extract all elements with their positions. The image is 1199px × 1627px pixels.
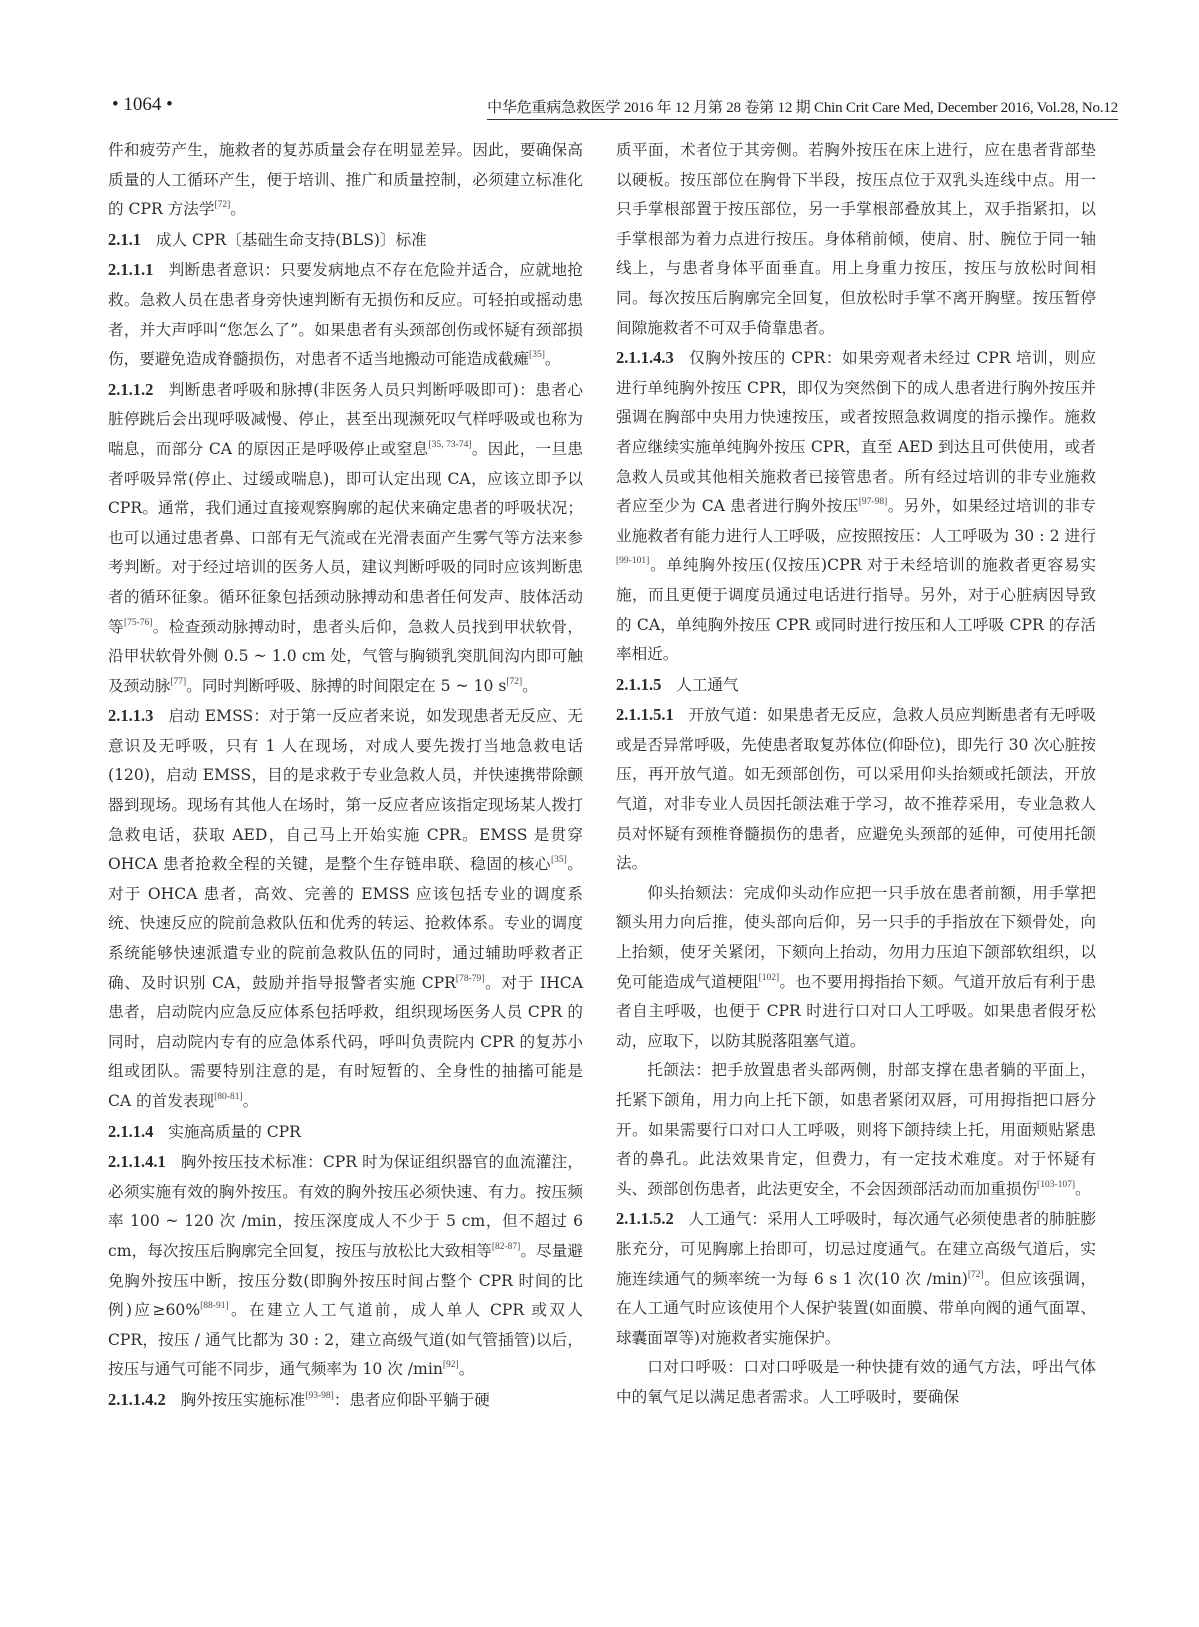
paragraph: 2.1.1.3启动 EMSS：对于第一反应者来说，如发现患者无反应、无意识及无呼… [108, 701, 583, 1116]
section-heading: 2.1.1.4实施高质量的 CPR [108, 1117, 583, 1148]
paragraph: 2.1.1.4.2胸外按压实施标准[93-98]：患者应仰卧平躺于硬 [108, 1385, 583, 1416]
page-header: • 1064 • 中华危重病急救医学 2016 年 12 月第 28 卷第 12… [82, 94, 1118, 122]
right-column: 质平面，术者位于其旁侧。若胸外按压在床上进行，应在患者背部垫以硬板。按压部位在胸… [616, 136, 1096, 1413]
body-text: 胸外按压实施标准 [181, 1391, 306, 1409]
body-text: 判断患者意识：只要发病地点不存在危险并适合，应就地抢救。急救人员在患者身旁快速判… [108, 261, 583, 368]
citation-ref: [77] [170, 677, 186, 687]
body-text: 。 [1075, 1180, 1091, 1198]
section-number: 2.1.1.5.1 [616, 705, 674, 724]
body-text: 。 [243, 1092, 259, 1110]
paragraph: 仰头抬颏法：完成仰头动作应把一只手放在患者前额，用手掌把额头用力向后推，使头部向… [616, 879, 1096, 1057]
section-number: 2.1.1.4.1 [108, 1152, 166, 1171]
section-heading: 2.1.1成人 CPR〔基础生命支持(BLS)〕标准 [108, 225, 583, 256]
body-text: 。 [545, 350, 561, 368]
paragraph: 2.1.1.4.3仅胸外按压的 CPR：如果旁观者未经过 CPR 培训，则应进行… [616, 343, 1096, 670]
citation-ref: [97-98] [859, 497, 888, 507]
citation-ref: [72] [968, 1270, 984, 1280]
citation-ref: [82-87] [492, 1242, 521, 1252]
paragraph: 质平面，术者位于其旁侧。若胸外按压在床上进行，应在患者背部垫以硬板。按压部位在胸… [616, 136, 1096, 343]
body-text: 。对于 OHCA 患者，高效、完善的 EMSS 应该包括专业的调度系统、快速反应… [108, 855, 583, 991]
running-head: 中华危重病急救医学 2016 年 12 月第 28 卷第 12 期 Chin C… [487, 96, 1118, 120]
citation-ref: [92] [443, 1360, 459, 1370]
section-number: 2.1.1.5 [616, 675, 661, 694]
section-number: 2.1.1.3 [108, 706, 153, 725]
section-number: 2.1.1 [108, 230, 141, 249]
citation-ref: [88-91] [200, 1301, 229, 1311]
page-number: • 1064 • [112, 94, 173, 116]
body-text: 。同时判断呼吸、脉搏的时间限定在 5 ~ 10 s [186, 677, 506, 695]
section-number: 2.1.1.1 [108, 260, 153, 279]
citation-ref: [35, 73-74] [428, 440, 471, 450]
body-text: ：患者应仰卧平躺于硬 [334, 1391, 490, 1409]
body-text: 仅胸外按压的 CPR：如果旁观者未经过 CPR 培训，则应进行单纯胸外按压 CP… [616, 349, 1096, 515]
section-title: 成人 CPR〔基础生命支持(BLS)〕标准 [156, 231, 427, 249]
paragraph: 2.1.1.1判断患者意识：只要发病地点不存在危险并适合，应就地抢救。急救人员在… [108, 255, 583, 374]
paragraph: 2.1.1.2判断患者呼吸和脉搏(非医务人员只判断呼吸即可)：患者心脏停跳后会出… [108, 375, 583, 702]
citation-ref: [78-79] [456, 974, 485, 984]
body-text: 件和疲劳产生，施救者的复苏质量会存在明显差异。因此，要确保高质量的人工循环产生，… [108, 141, 583, 218]
section-title: 实施高质量的 CPR [168, 1123, 301, 1141]
citation-ref: [75-76] [124, 618, 153, 628]
citation-ref: [99-101] [616, 556, 649, 566]
body-text: 质平面，术者位于其旁侧。若胸外按压在床上进行，应在患者背部垫以硬板。按压部位在胸… [616, 141, 1096, 337]
paragraph: 口对口呼吸：口对口呼吸是一种快捷有效的通气方法，呼出气体中的氧气足以满足患者需求… [616, 1353, 1096, 1412]
body-text: 托颌法：把手放置患者头部两侧，肘部支撑在患者躺的平面上，托紧下颌角，用力向上托下… [616, 1061, 1096, 1197]
body-text: 。 [522, 677, 538, 695]
paragraph: 2.1.1.5.1开放气道：如果患者无反应，急救人员应判断患者有无呼吸或是否异常… [616, 700, 1096, 879]
section-number: 2.1.1.5.2 [616, 1209, 674, 1228]
citation-ref: [80-81] [214, 1092, 243, 1102]
section-number: 2.1.1.4.2 [108, 1390, 166, 1409]
paragraph: 托颌法：把手放置患者头部两侧，肘部支撑在患者躺的平面上，托紧下颌角，用力向上托下… [616, 1056, 1096, 1204]
citation-ref: [72] [214, 200, 230, 210]
citation-ref: [102] [759, 973, 780, 983]
citation-ref: [72] [506, 677, 522, 687]
paragraph: 2.1.1.4.1胸外按压技术标准：CPR 时为保证组织器官的血流灌注，必须实施… [108, 1147, 583, 1385]
left-column: 件和疲劳产生，施救者的复苏质量会存在明显差异。因此，要确保高质量的人工循环产生，… [108, 136, 583, 1416]
body-text: 。单纯胸外按压(仅按压)CPR 对于未经培训的施救者更容易实施，而且更便于调度员… [616, 556, 1096, 663]
citation-ref: [103-107] [1037, 1180, 1075, 1190]
body-text: 口对口呼吸：口对口呼吸是一种快捷有效的通气方法，呼出气体中的氧气足以满足患者需求… [616, 1358, 1096, 1406]
section-number: 2.1.1.2 [108, 380, 153, 399]
section-number: 2.1.1.4 [108, 1122, 153, 1141]
body-text: 。对于 IHCA 患者，启动院内应急反应体系包括呼救，组织现场医务人员 CPR … [108, 974, 583, 1110]
section-title: 人工通气 [676, 676, 738, 694]
citation-ref: [35] [529, 350, 545, 360]
body-text: 启动 EMSS：对于第一反应者来说，如发现患者无反应、无意识及无呼吸，只有 1 … [108, 707, 583, 873]
body-text: 。 [459, 1360, 475, 1378]
citation-ref: [35] [551, 855, 567, 865]
paragraph: 件和疲劳产生，施救者的复苏质量会存在明显差异。因此，要确保高质量的人工循环产生，… [108, 136, 583, 225]
body-text: 。 [230, 200, 246, 218]
paragraph: 2.1.1.5.2人工通气：采用人工呼吸时，每次通气必须使患者的肺脏膨胀充分，可… [616, 1204, 1096, 1353]
citation-ref: [93-98] [305, 1391, 334, 1401]
body-text: 开放气道：如果患者无反应，急救人员应判断患者有无呼吸或是否异常呼吸，先使患者取复… [616, 706, 1096, 872]
body-text: 。因此，一旦患者呼吸异常(停止、过缓或喘息)，即可认定出现 CA，应该立即予以 … [108, 440, 583, 636]
section-heading: 2.1.1.5人工通气 [616, 670, 1096, 701]
section-number: 2.1.1.4.3 [616, 348, 674, 367]
